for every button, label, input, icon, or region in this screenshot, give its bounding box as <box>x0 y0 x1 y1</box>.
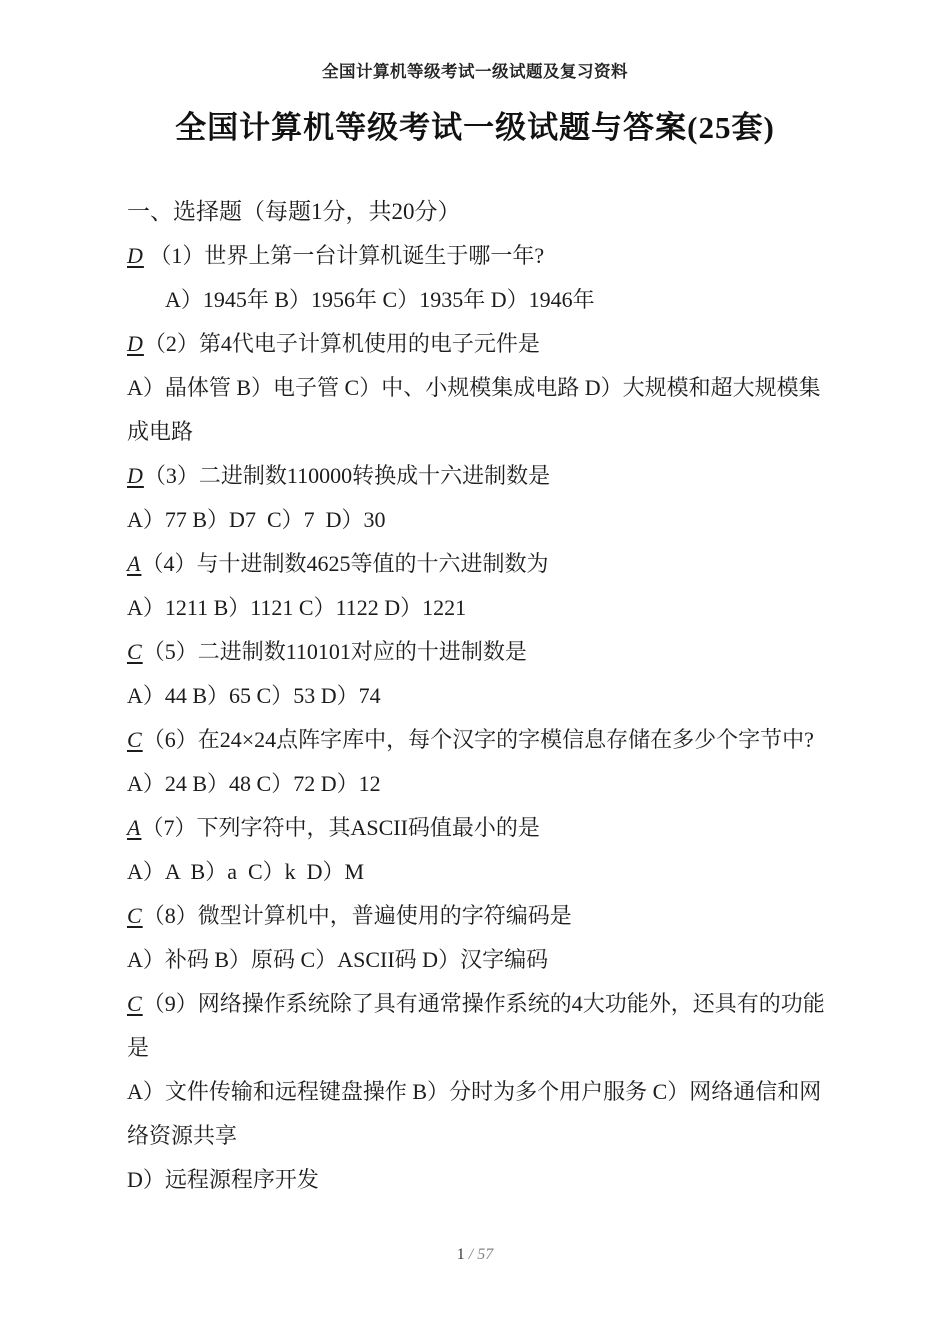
text-line: A）晶体管 B）电子管 C）中、小规模集成电路 D）大规模和超大规模集 <box>127 366 847 410</box>
page-number: 1 <box>457 1246 465 1263</box>
line-text: （4）与十进制数4625等值的十六进制数为 <box>141 551 548 576</box>
document-title: 全国计算机等级考试一级试题与答案(25套) <box>0 102 950 147</box>
text-line: A）44 B）65 C）53 D）74 <box>127 674 847 718</box>
question-line: A（7）下列字符中，其ASCII码值最小的是 <box>127 806 847 850</box>
page-footer: 1 / 57 <box>0 1246 950 1264</box>
question-line: C（5）二进制数110101对应的十进制数是 <box>127 630 847 674</box>
line-text: （2）第4代电子计算机使用的电子元件是 <box>144 331 540 356</box>
line-text: 是 <box>127 1035 149 1060</box>
question-line: D（2）第4代电子计算机使用的电子元件是 <box>127 322 847 366</box>
answer-letter: C <box>127 639 143 664</box>
line-text: 成电路 <box>127 419 193 444</box>
text-line: A）77 B）D7 C）7 D）30 <box>127 498 847 542</box>
text-line: A）24 B）48 C）72 D）12 <box>127 762 847 806</box>
line-text: A）补码 B）原码 C）ASCII码 D）汉字编码 <box>127 947 548 972</box>
question-line: C（6）在24×24点阵字库中，每个汉字的字模信息存储在多少个字节中? <box>127 718 847 762</box>
line-text: A）44 B）65 C）53 D）74 <box>127 683 381 708</box>
document-body: 一、选择题（每题1分，共20分） D （1）世界上第一台计算机诞生于哪一年?A）… <box>127 190 847 1202</box>
line-text: 络资源共享 <box>127 1123 237 1148</box>
line-text: A）A B）a C）k D）M <box>127 859 364 884</box>
answer-letter: C <box>127 991 143 1016</box>
line-text: A）1945年 B）1956年 C）1935年 D）1946年 <box>165 287 595 312</box>
answer-letter: D <box>127 331 144 356</box>
page-number-separator: / <box>465 1246 477 1263</box>
document-header: 全国计算机等级考试一级试题及复习资料 <box>0 58 950 82</box>
line-text: A）24 B）48 C）72 D）12 <box>127 771 381 796</box>
page-total: 57 <box>477 1246 493 1263</box>
line-text: （1）世界上第一台计算机诞生于哪一年? <box>144 243 544 268</box>
text-line: A）补码 B）原码 C）ASCII码 D）汉字编码 <box>127 938 847 982</box>
answer-letter: C <box>127 903 143 928</box>
text-line: 是 <box>127 1026 847 1070</box>
text-line: A）文件传输和远程键盘操作 B）分时为多个用户服务 C）网络通信和网 <box>127 1070 847 1114</box>
text-line: A）1211 B）1121 C）1122 D）1221 <box>127 586 847 630</box>
question-line: D（3）二进制数110000转换成十六进制数是 <box>127 454 847 498</box>
line-text: A）晶体管 B）电子管 C）中、小规模集成电路 D）大规模和超大规模集 <box>127 375 821 400</box>
answer-letter: A <box>127 815 141 840</box>
answer-letter: D <box>127 463 144 488</box>
line-text: A）1211 B）1121 C）1122 D）1221 <box>127 595 466 620</box>
section-heading: 一、选择题（每题1分，共20分） <box>127 190 847 234</box>
line-text: A）77 B）D7 C）7 D）30 <box>127 507 386 532</box>
content-lines: D （1）世界上第一台计算机诞生于哪一年?A）1945年 B）1956年 C）1… <box>127 234 847 1202</box>
text-line: D）远程源程序开发 <box>127 1158 847 1202</box>
line-text: D）远程源程序开发 <box>127 1167 319 1192</box>
line-text: （7）下列字符中，其ASCII码值最小的是 <box>141 815 539 840</box>
answer-letter: D <box>127 243 144 268</box>
line-text: A）文件传输和远程键盘操作 B）分时为多个用户服务 C）网络通信和网 <box>127 1079 821 1104</box>
question-line: C（9）网络操作系统除了具有通常操作系统的4大功能外，还具有的功能 <box>127 982 847 1026</box>
line-text: （6）在24×24点阵字库中，每个汉字的字模信息存储在多少个字节中? <box>143 727 814 752</box>
line-text: （3）二进制数110000转换成十六进制数是 <box>144 463 550 488</box>
question-line: A（4）与十进制数4625等值的十六进制数为 <box>127 542 847 586</box>
line-text: （5）二进制数110101对应的十进制数是 <box>143 639 527 664</box>
text-line: A）1945年 B）1956年 C）1935年 D）1946年 <box>127 278 847 322</box>
line-text: （8）微型计算机中，普遍使用的字符编码是 <box>143 903 572 928</box>
question-line: C（8）微型计算机中，普遍使用的字符编码是 <box>127 894 847 938</box>
line-text: （9）网络操作系统除了具有通常操作系统的4大功能外，还具有的功能 <box>143 991 825 1016</box>
text-line: A）A B）a C）k D）M <box>127 850 847 894</box>
text-line: 成电路 <box>127 410 847 454</box>
answer-letter: A <box>127 551 141 576</box>
answer-letter: C <box>127 727 143 752</box>
question-line: D （1）世界上第一台计算机诞生于哪一年? <box>127 234 847 278</box>
text-line: 络资源共享 <box>127 1114 847 1158</box>
